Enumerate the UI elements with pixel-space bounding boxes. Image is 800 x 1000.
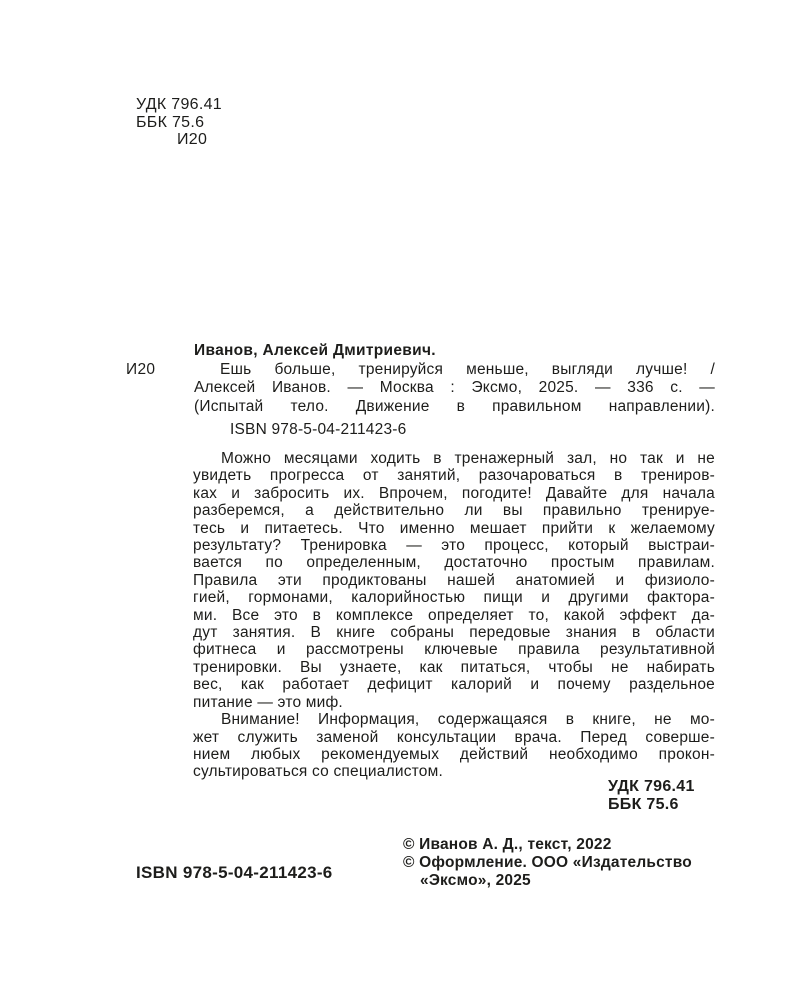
text-line: Ешь больше, тренируйся меньше, выгляди л… [194, 361, 715, 380]
text-line: Алексей Иванов. — Москва : Эксмо, 2025. … [194, 379, 715, 398]
margin-author-code: И20 [126, 361, 155, 379]
udk-code-bottom: УДК 796.41 [608, 778, 695, 796]
text-line: питание — это миф. [193, 694, 715, 711]
text-line: Правила эти продиктованы нашей анатомией… [193, 572, 715, 589]
author-header: Иванов, Алексей Дмитриевич. [194, 342, 715, 361]
isbn-footer: ISBN 978-5-04-211423-6 [136, 863, 333, 883]
text-line: Внимание! Информация, содержащаяся в кни… [193, 711, 715, 728]
text-line: увидеть прогресса от занятий, разочарова… [193, 467, 715, 484]
text-line: вается по определенным, достаточно прост… [193, 554, 715, 571]
text-line: разберемся, а действительно ли вы правил… [193, 502, 715, 519]
author-sign-code: И20 [177, 131, 222, 149]
text-line: © Оформление. ООО «Издательство [403, 854, 692, 872]
annotation-paragraph-1: Можно месяцами ходить в тренажерный зал,… [193, 450, 715, 711]
text-line: жет служить заменой консультации врача. … [193, 729, 715, 746]
text-line: ках и забросить их. Впрочем, погодите! Д… [193, 485, 715, 502]
text-line: © Иванов А. Д., текст, 2022 [403, 836, 692, 854]
bottom-codes-block: УДК 796.41 ББК 75.6 [608, 778, 695, 814]
text-line: нием любых рекомендуемых действий необхо… [193, 746, 715, 763]
bibliographic-entry: Иванов, Алексей Дмитриевич. Ешь больше, … [194, 342, 715, 440]
bibliographic-description: Ешь больше, тренируйся меньше, выгляди л… [194, 361, 715, 417]
annotation-paragraph-2: Внимание! Информация, содержащаяся в кни… [193, 711, 715, 781]
text-line: ми. Все это в комплексе определяет то, к… [193, 607, 715, 624]
text-line: фитнеса и рассмотрены ключевые правила р… [193, 641, 715, 658]
bbk-code-bottom: ББК 75.6 [608, 796, 695, 814]
text-line: гией, гормонами, калорийностью пищи и др… [193, 589, 715, 606]
top-codes-block: УДК 796.41 ББК 75.6 И20 [136, 96, 222, 149]
copyright-block: © Иванов А. Д., текст, 2022© Оформление.… [403, 836, 692, 891]
bbk-code: ББК 75.6 [136, 114, 222, 132]
text-line: результату? Тренировка — это процесс, ко… [193, 537, 715, 554]
text-line: вес, как работает дефицит калорий и поче… [193, 676, 715, 693]
text-line: «Эксмо», 2025 [403, 872, 692, 890]
text-line: (Испытай тело. Движение в правильном нап… [194, 398, 715, 417]
text-line: тренировки. Вы узнаете, как питаться, чт… [193, 659, 715, 676]
text-line: Можно месяцами ходить в тренажерный зал,… [193, 450, 715, 467]
annotation-block: Можно месяцами ходить в тренажерный зал,… [193, 450, 715, 781]
udk-code: УДК 796.41 [136, 96, 222, 114]
text-line: тесь и питаетесь. Что именно мешает прий… [193, 520, 715, 537]
book-imprint-page: { "meta": { "background_color": "#ffffff… [0, 0, 800, 1000]
isbn-entry: ISBN 978-5-04-211423-6 [194, 421, 715, 440]
text-line: дут занятия. В книге собраны передовые з… [193, 624, 715, 641]
